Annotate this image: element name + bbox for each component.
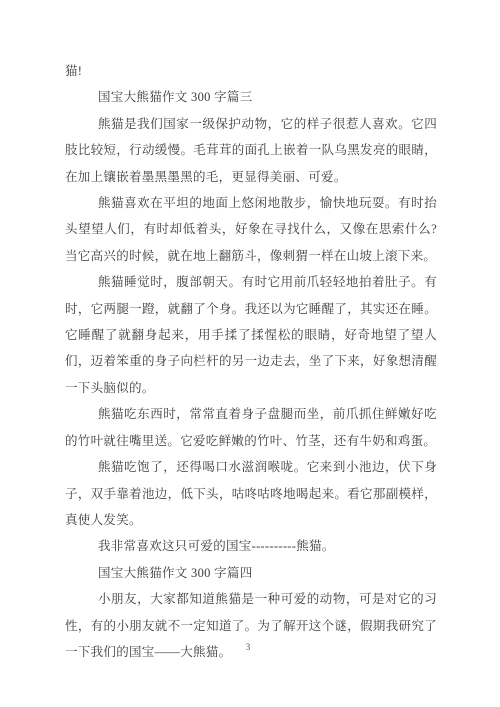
paragraph: 熊猫喜欢在平坦的地面上悠闲地散步，愉快地玩耍。有时抬头望望人们，有时却低着头，好… — [65, 190, 437, 269]
page-number: 3 — [0, 640, 496, 654]
paragraph: 国宝大熊猫作文 300 字篇四 — [65, 560, 437, 586]
paragraph: 熊猫吃东西时，常常直着身子盘腿而坐，前爪抓住鲜嫩好吃的竹叶就往嘴里送。它爱吃鲜嫩… — [65, 401, 437, 454]
paragraph: 熊猫是我们国家一级保护动物，它的样子很惹人喜欢。它四肢比较短，行动缓慢。毛茸茸的… — [65, 111, 437, 190]
document-body: 猫!国宝大熊猫作文 300 字篇三熊猫是我们国家一级保护动物，它的样子很惹人喜欢… — [65, 58, 437, 665]
paragraph: 熊猫吃饱了，还得喝口水滋润喉咙。它来到小池边，伏下身子，双手靠着池边，低下头，咕… — [65, 454, 437, 533]
paragraph: 国宝大熊猫作文 300 字篇三 — [65, 84, 437, 110]
paragraph: 猫! — [65, 58, 437, 84]
document-page: 猫!国宝大熊猫作文 300 字篇三熊猫是我们国家一级保护动物，它的样子很惹人喜欢… — [0, 0, 500, 707]
paragraph: 我非常喜欢这只可爱的国宝----------熊猫。 — [65, 533, 437, 559]
paragraph: 熊猫睡觉时，腹部朝天。有时它用前爪轻轻地拍着肚子。有时，它两腿一蹬，就翻了个身。… — [65, 269, 437, 401]
